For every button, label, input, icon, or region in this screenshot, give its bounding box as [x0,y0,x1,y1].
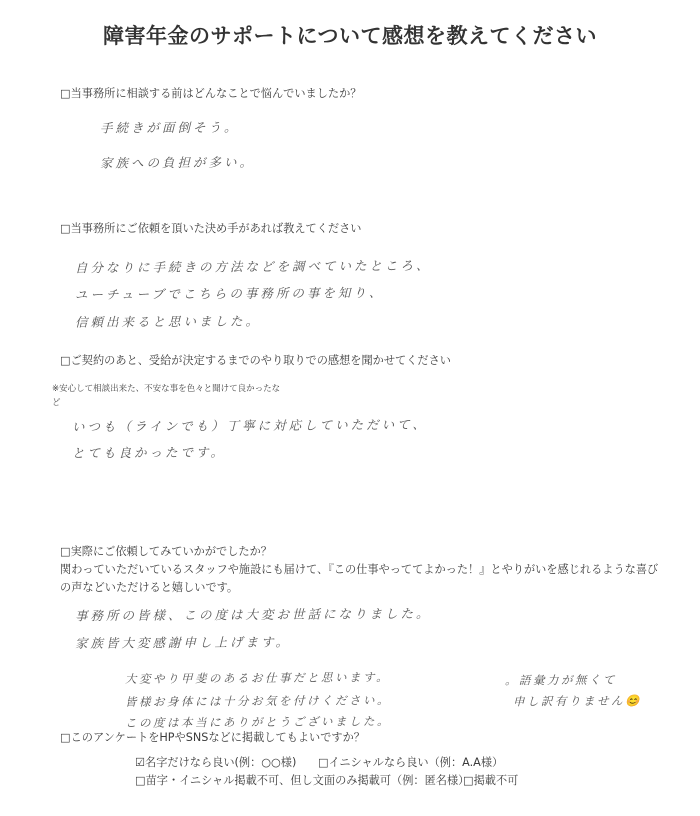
option-surname-only[interactable]: ☑名字だけなら良い(例：○○様) [135,754,296,770]
option-no-publish[interactable]: □掲載不可 [463,772,518,788]
option-label: 苗字・イニシャル掲載不可、但し文面のみ掲載可（例：匿名様） [146,774,470,787]
answer-4-line-2: 家族皆大変感謝申し上げます。 [75,632,291,652]
answer-4-indented-line-2: 皆様お身体には十分お気を付けください。 [125,692,391,710]
page-title: 障害年金のサポートについて感想を教えてください [0,20,700,50]
answer-4-side-line-1: 。語彙力が無くて [505,672,617,689]
question-2: □当事務所にご依頼を頂いた決め手があれば教えてください [60,220,361,236]
question-3-note-cont: ど [52,396,61,408]
option-initials[interactable]: □イニシャルなら良い（例：A.A様） [318,754,503,770]
question-1: □当事務所に相談する前はどんなことで悩んでいましたか？ [60,85,361,101]
option-label: イニシャルなら良い（例：A.A様） [329,756,504,769]
option-text-only[interactable]: □苗字・イニシャル掲載不可、但し文面のみ掲載可（例：匿名様） [135,772,469,788]
question-4-desc-line-1: 関わっていただいているスタッフや施設にも届けて、『この仕事やっててよかった！』と… [60,561,658,577]
checkbox-checked-icon[interactable]: ☑ [135,756,145,769]
question-3-note: ※安心して相談出来た、不安な事を色々と聞けて良かったな [52,382,280,394]
answer-3-line-1: いつも（ラインでも）丁寧に対応していただいて、 [72,415,428,435]
checkbox-icon[interactable]: □ [318,756,329,769]
question-4-desc-line-2: の声などいただけると嬉しいです。 [60,579,238,595]
option-label: 掲載不可 [474,774,519,787]
answer-1-line-2: 家族への負担が多い。 [100,152,255,171]
question-3: □ご契約のあと、受給が決定するまでのやり取りでの感想を聞かせてください [60,352,451,368]
checkbox-icon[interactable]: □ [463,774,474,787]
answer-4-line-1: 事務所の皆様、この度は大変お世話になりました。 [75,604,432,624]
option-label: 名字だけなら良い(例：○○様) [145,756,296,769]
answer-3-line-2: とても良かったです。 [72,442,226,461]
answer-1-line-1: 手続きが面倒そう。 [100,118,240,137]
answer-4-side-line-2: 申し訳有りません😊 [513,693,642,710]
checkbox-icon[interactable]: □ [135,774,146,787]
answer-2-line-2: ユーチューブでこちらの事務所の事を知り、 [75,283,385,303]
answer-2-line-1: 自分なりに手続きの方法などを調べていたところ、 [75,256,432,276]
answer-2-line-3: 信頼出来ると思いました。 [75,311,261,330]
question-4: □実際にご依頼してみていかがでしたか？ [60,543,272,559]
answer-4-indented-line-1: 大変やり甲斐のあるお仕事だと思います。 [125,669,390,687]
question-5: □このアンケートをHPやSNSなどに掲載してもよいですか？ [60,729,365,745]
